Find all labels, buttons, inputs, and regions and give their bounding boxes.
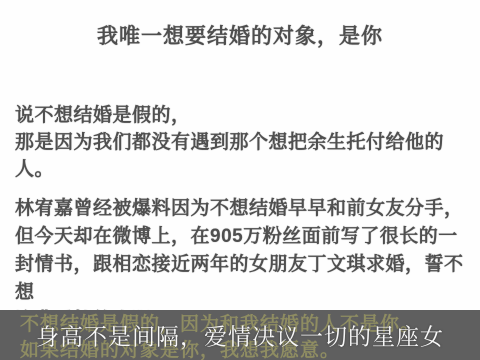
- article-image: 我唯一想要结婚的对象，是你 说不想结婚是假的， 那是因为我们都没有遇到那个想把余…: [0, 0, 480, 360]
- paragraph-2-line-3: 封情书，跟相恋接近两年的女朋友丁文琪求婚，誓不想: [15, 251, 470, 307]
- caption-text: 身高不是间隔，爱情决议一切的星座女: [36, 319, 444, 352]
- paragraph-1: 说不想结婚是假的， 那是因为我们都没有遇到那个想把余生托付给他的 人。: [15, 102, 470, 183]
- paragraph-2-line-2: 但今天却在微博上，在905万粉丝面前写了很长的一: [15, 223, 470, 251]
- article-title: 我唯一想要结婚的对象，是你: [0, 20, 480, 50]
- paragraph-1-line-3: 人。: [15, 156, 470, 183]
- paragraph-1-line-2: 那是因为我们都没有遇到那个想把余生托付给他的: [15, 129, 470, 156]
- caption-bar: 不想结婚是假的，因为和我结婚的人不是你。 如果结婚的对象是你，我想我愿意。 身高…: [0, 310, 480, 360]
- paragraph-1-line-1: 说不想结婚是假的，: [15, 102, 470, 129]
- paragraph-2-line-1: 林宥嘉曾经被爆料因为不想结婚早早和前女友分手，: [15, 195, 470, 223]
